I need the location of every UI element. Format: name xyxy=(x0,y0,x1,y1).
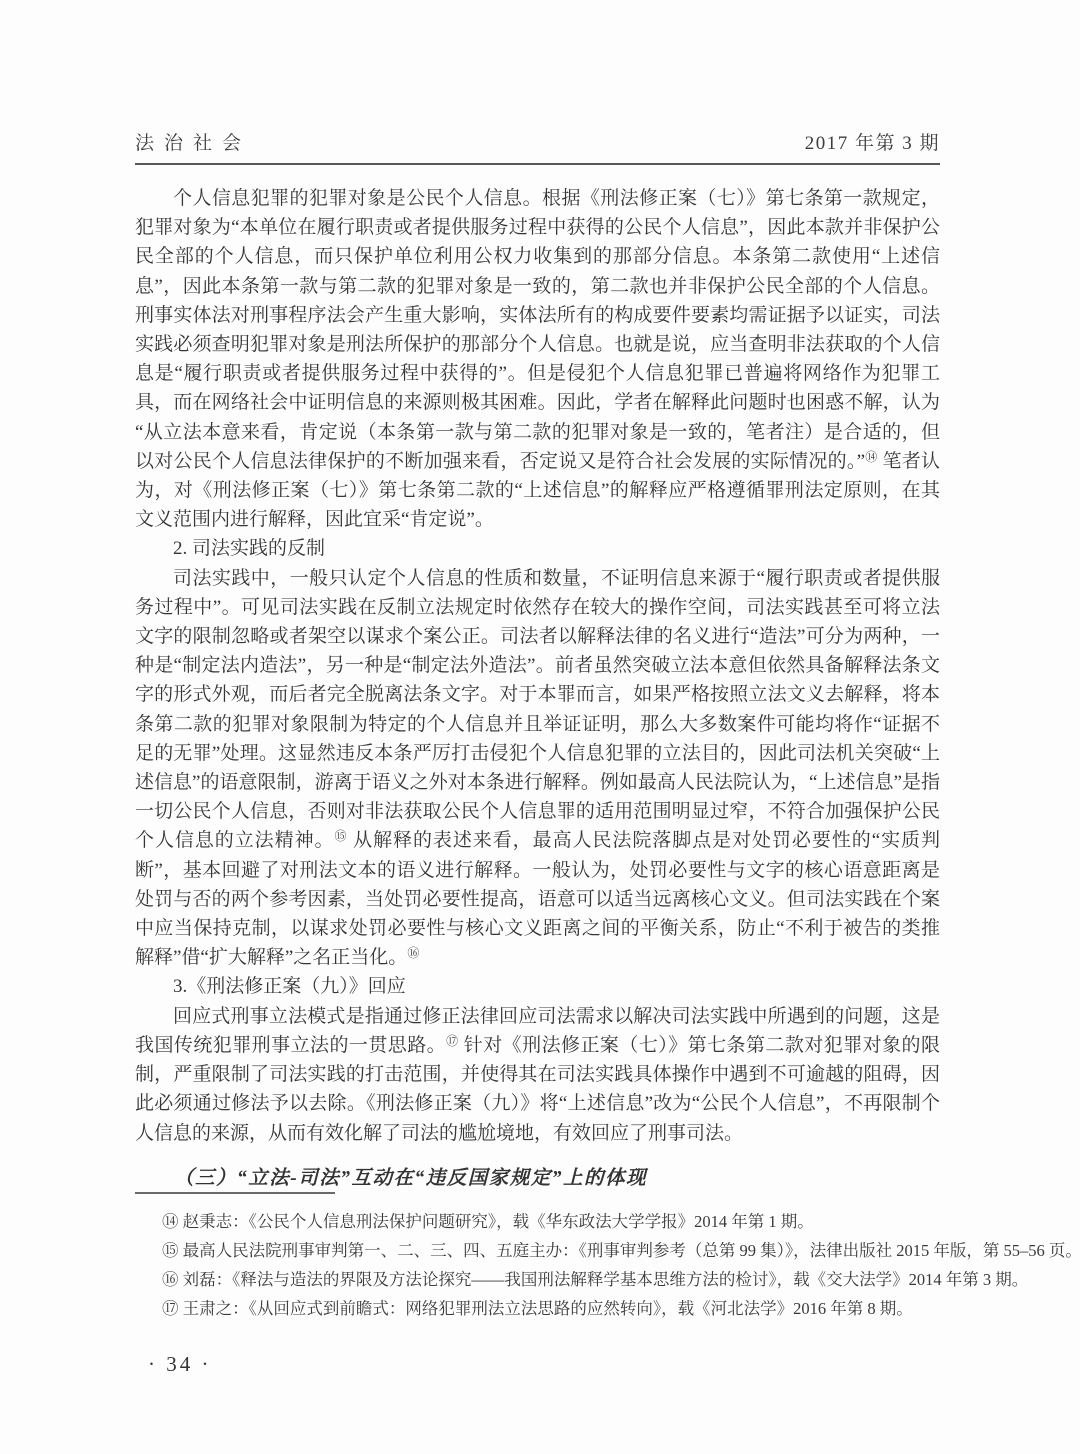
footnote-list: ⑭ 赵秉志：《公民个人信息刑法保护问题研究》，载《华东政法大学学报》2014 年… xyxy=(135,1207,940,1323)
body-paragraph-3: 回应式刑事立法模式是指通过修正法律回应司法需求以解决司法实践中所遇到的问题，这是… xyxy=(135,1002,940,1148)
page-number: · 34 · xyxy=(148,1352,212,1377)
body-paragraph-1: 个人信息犯罪的犯罪对象是公民个人信息。根据《刑法修正案（七）》第七条第一款规定，… xyxy=(135,184,940,534)
footnote-15: ⑮ 最高人民法院刑事审判第一、二、三、四、五庭主办：《刑事审判参考（总第 99 … xyxy=(135,1236,940,1265)
issue-label: 2017 年第 3 期 xyxy=(805,128,940,155)
footnote-16: ⑯ 刘磊：《释法与造法的界限及方法论探究——我国刑法解释学基本思维方法的检讨》，… xyxy=(135,1265,940,1294)
journal-title: 法治社会 xyxy=(135,128,251,155)
section-heading-3: 3.《刑法修正案（九）》回应 xyxy=(135,972,940,1001)
body-paragraph-2: 司法实践中，一般只认定个人信息的性质和数量，不证明信息来源于“履行职责或者提供服… xyxy=(135,564,940,973)
article-body: 个人信息犯罪的犯罪对象是公民个人信息。根据《刑法修正案（七）》第七条第一款规定，… xyxy=(135,184,940,1193)
footnote-divider xyxy=(135,1192,335,1194)
header-divider xyxy=(135,163,940,165)
footnote-14: ⑭ 赵秉志：《公民个人信息刑法保护问题研究》，载《华东政法大学学报》2014 年… xyxy=(135,1207,940,1236)
page-header: 法治社会 2017 年第 3 期 xyxy=(135,128,940,173)
footnote-section: ⑭ 赵秉志：《公民个人信息刑法保护问题研究》，载《华东政法大学学报》2014 年… xyxy=(135,1192,940,1323)
section-heading-2: 2. 司法实践的反制 xyxy=(135,534,940,563)
journal-page: 法治社会 2017 年第 3 期 个人信息犯罪的犯罪对象是公民个人信息。根据《刑… xyxy=(0,0,1080,1454)
subsection-heading: （三）“立法-司法”互动在“违反国家规定”上的体现 xyxy=(135,1164,940,1193)
footnote-17: ⑰ 王肃之：《从回应式到前瞻式：网络犯罪刑法立法思路的应然转向》，载《河北法学》… xyxy=(135,1294,940,1323)
